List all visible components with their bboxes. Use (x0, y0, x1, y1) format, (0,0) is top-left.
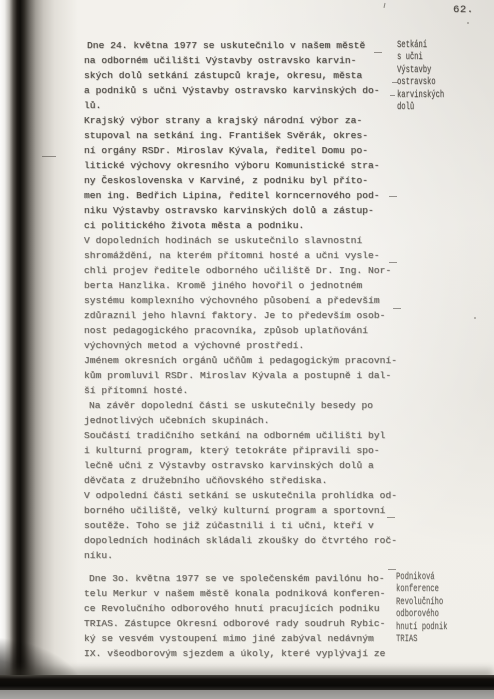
body-paragraph: V dopoledních hodinách se uskutečnilo sl… (84, 233, 408, 353)
pencil-mark (388, 569, 396, 570)
body-paragraph: Na závěr dopolední části se uskutečnily … (84, 398, 408, 428)
margin-note: Setkání s učni Výstavby ostravsko karvin… (397, 39, 492, 113)
body-paragraph: Dne 24. května 1977 se uskutečnilo v naš… (84, 38, 408, 113)
body-text: Dne 24. května 1977 se uskutečnilo v naš… (84, 38, 408, 661)
pencil-mark (390, 95, 395, 96)
body-paragraph: V odpolední části setkání se uskutečnila… (84, 488, 408, 563)
scanned-page: 62. Dne 24. května 1977 se uskutečnilo v… (0, 0, 494, 699)
page-number: 62. (453, 4, 474, 16)
pencil-mark (392, 82, 398, 83)
pencil-mark (389, 196, 397, 197)
pencil-mark (393, 308, 401, 309)
scan-speck (474, 317, 476, 319)
pencil-mark (42, 156, 56, 157)
scan-bottom-edge (0, 675, 494, 690)
body-paragraph: Krajský výbor strany a krajský národní v… (84, 113, 408, 233)
body-paragraph: Součástí tradičního setkání na odborném … (84, 428, 408, 488)
pencil-mark (383, 3, 385, 8)
scan-speck (467, 22, 469, 24)
pencil-mark (387, 517, 395, 518)
body-paragraph: Jménem okresních orgánů učňům i pedagogi… (84, 353, 408, 398)
scan-bottom-strip (0, 690, 494, 699)
pencil-mark (374, 52, 382, 53)
margin-note: Podniková konference Revolučního odborov… (396, 571, 491, 645)
pencil-mark (389, 262, 397, 263)
body-paragraph: Dne 3o. května 1977 se ve společenském p… (84, 571, 408, 661)
book-binding-shadow (0, 0, 78, 699)
